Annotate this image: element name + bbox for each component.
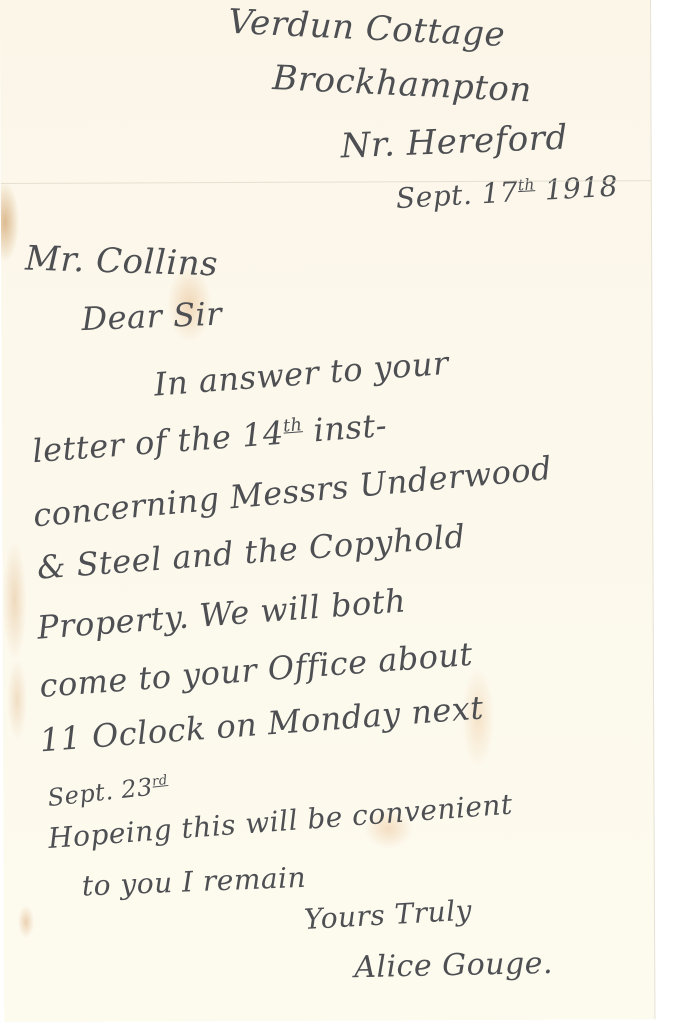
date-day: 17: [481, 175, 519, 210]
salutation: Dear Sir: [81, 295, 223, 338]
body-line-2-suffix: th: [282, 415, 303, 436]
letter-date: Sept. 17th 1918: [395, 170, 619, 216]
address-line-1: Verdun Cottage: [227, 2, 506, 55]
date-year: 1918: [544, 170, 619, 207]
address-line-2: Brockhampton: [272, 58, 533, 110]
appointment-day: 23: [120, 773, 154, 804]
recipient: Mr. Collins: [25, 239, 219, 285]
body-line-8: Sept. 23rd: [46, 771, 170, 812]
date-day-suffix: th: [517, 175, 535, 194]
letter-paper: Verdun Cottage Brockhampton Nr. Hereford…: [0, 0, 655, 1022]
body-line-2-tail: inst: [312, 407, 377, 449]
address-line-3: Nr. Hereford: [340, 118, 569, 167]
date-month: Sept.: [395, 178, 473, 215]
appointment-month: Sept.: [46, 777, 114, 812]
closing: Yours Truly: [303, 894, 473, 936]
signature: Alice Gouge.: [354, 946, 554, 985]
body-line-10: to you I remain: [81, 861, 306, 903]
body-line-5: Property. We will both: [36, 581, 408, 646]
appointment-day-suffix: rd: [151, 773, 168, 790]
body-line-1: In answer to your: [153, 344, 450, 404]
body-line-2: letter of the 14th inst-: [31, 406, 388, 470]
body-line-2-text: letter of the 14: [31, 414, 285, 471]
